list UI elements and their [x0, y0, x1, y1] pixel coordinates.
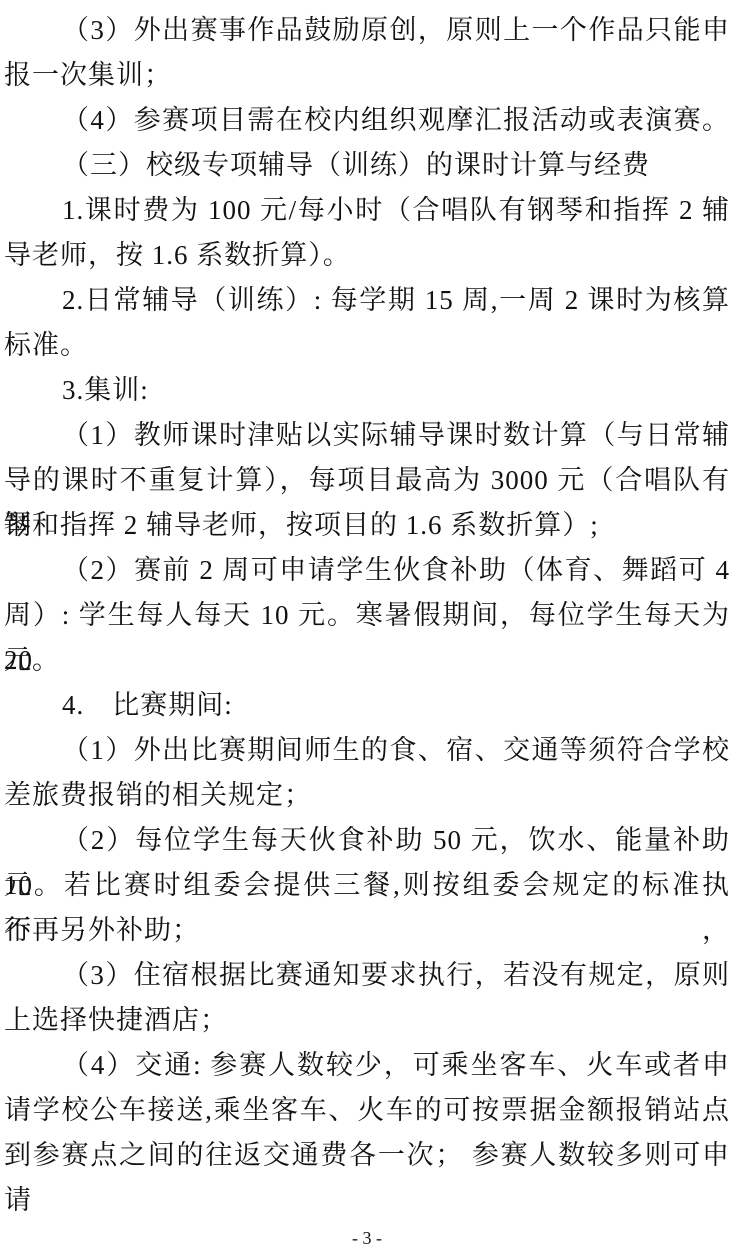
text-line: 标准。 [4, 323, 730, 368]
text-line: 4. 比赛期间: [4, 683, 730, 728]
document-page: （3）外出赛事作品鼓励原创，原则上一个作品只能申报一次集训；（4）参赛项目需在校… [0, 0, 750, 1254]
text-line: 上选择快捷酒店； [4, 998, 730, 1043]
text-line: 元。 [4, 638, 730, 683]
text-line: （1）教师课时津贴以实际辅导课时数计算（与日常辅 [4, 413, 730, 458]
text-line: 1.课时费为 100 元/每小时（合唱队有钢琴和指挥 2 辅 [4, 188, 730, 233]
text-line: （3）外出赛事作品鼓励原创，原则上一个作品只能申 [4, 8, 730, 53]
text-line: （2）每位学生每天伙食补助 50 元，饮水、能量补助 10 [4, 818, 730, 863]
text-line: （三）校级专项辅导（训练）的课时计算与经费 [4, 143, 730, 188]
text-line: 报一次集训； [4, 53, 730, 98]
text-line: 周）: 学生每人每天 10 元。寒暑假期间，每位学生每天为 20 [4, 593, 730, 638]
text-line: 导的课时不重复计算），每项目最高为 3000 元（合唱队有钢 [4, 458, 730, 503]
text-line: （1）外出比赛期间师生的食、宿、交通等须符合学校 [4, 728, 730, 773]
text-line: 3.集训: [4, 368, 730, 413]
text-line: （2）赛前 2 周可申请学生伙食补助（体育、舞蹈可 4 [4, 548, 730, 593]
text-line: 请学校公车接送,乘坐客车、火车的可按票据金额报销站点 [4, 1088, 730, 1133]
text-line: （3）住宿根据比赛通知要求执行，若没有规定，原则 [4, 953, 730, 998]
page-number: - 3 - [4, 1224, 730, 1252]
text-line: 差旅费报销的相关规定； [4, 773, 730, 818]
text-lines: （3）外出赛事作品鼓励原创，原则上一个作品只能申报一次集训；（4）参赛项目需在校… [4, 8, 730, 1178]
text-line: 元。若比赛时组委会提供三餐,则按组委会规定的标准执行， [4, 863, 730, 908]
text-line: （4）交通: 参赛人数较少，可乘坐客车、火车或者申 [4, 1043, 730, 1088]
text-line: 2.日常辅导（训练）: 每学期 15 周,一周 2 课时为核算 [4, 278, 730, 323]
text-line: （4）参赛项目需在校内组织观摩汇报活动或表演赛。 [4, 98, 730, 143]
text-line: 到参赛点之间的往返交通费各一次； 参赛人数较多则可申请 [4, 1133, 730, 1178]
text-line: 导老师，按 1.6 系数折算）。 [4, 233, 730, 278]
text-line: 琴和指挥 2 辅导老师，按项目的 1.6 系数折算）; [4, 503, 730, 548]
